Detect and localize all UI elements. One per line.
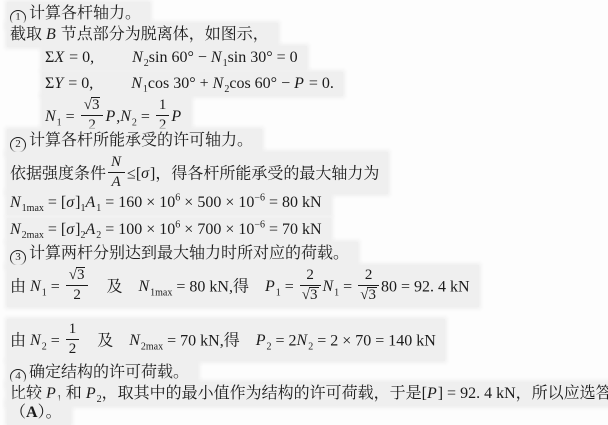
subscript: 2max — [22, 230, 44, 241]
text-run: cos 60° − — [229, 75, 294, 92]
radical-sign: √ — [69, 267, 76, 283]
math-variable: P — [105, 108, 116, 125]
numerator: 1 — [156, 97, 170, 116]
text-run: = 100 × 10 — [101, 221, 175, 238]
text-run: 及 — [106, 278, 122, 295]
text-run: cos 30° + — [148, 75, 213, 92]
radicand: 3 — [367, 287, 377, 304]
text-run: = — [62, 108, 79, 125]
text-run: ]，得各杆所能承受的最大轴力为 — [150, 165, 379, 182]
math-variable: N — [297, 332, 309, 349]
denominator: √3 — [358, 286, 379, 304]
text-run: sin 60° − — [149, 49, 211, 66]
text-run: 由 — [10, 332, 30, 349]
sqrt-radical: √3 — [360, 287, 377, 303]
text-run: 80 = 92. 4 kN — [381, 278, 470, 295]
radicand: 3 — [76, 267, 86, 284]
text-run: 截取 — [10, 26, 46, 43]
subscript: 1max — [150, 288, 172, 299]
text-run: = 70 kN,得 — [163, 332, 240, 349]
sqrt-radical: √3 — [69, 267, 86, 283]
eq-n2max: N2max = [σ]2A2 = 100 × 106 × 700 × 10−6 … — [7, 218, 331, 242]
math-variable: A — [85, 194, 96, 211]
text-run: 计算两杆分别达到最大轴力时所对应的荷载。 — [29, 245, 349, 262]
text-run: 比较 — [10, 385, 46, 402]
fraction: √32 — [66, 267, 89, 305]
text-run: 确定结构的许可荷载。 — [29, 364, 189, 381]
math-variable: A — [111, 174, 121, 190]
numerator: 1 — [66, 321, 80, 340]
text-run: 2 — [73, 287, 81, 303]
math-variable: P — [294, 75, 305, 92]
text-run: = 70 kN — [265, 221, 322, 238]
subscript: 1max — [22, 203, 44, 214]
text-run: = — [47, 278, 64, 295]
math-variable: A — [85, 221, 96, 238]
text-run: ] = 92. 4 kN，所以应选答案 — [438, 385, 608, 402]
text-run: = 0. — [305, 75, 334, 92]
sqrt-radical: √3 — [84, 97, 101, 113]
text-run: = [ — [44, 194, 66, 211]
text-run: = — [137, 108, 154, 125]
text-run: ≤[ — [127, 165, 141, 182]
math-variable: P — [265, 278, 276, 295]
text-run: = 160 × 10 — [101, 194, 175, 211]
math-variable: N — [45, 108, 57, 125]
math-variable: P — [427, 385, 438, 402]
superscript: −6 — [254, 220, 265, 231]
text-run: （ — [10, 404, 26, 421]
text-run: 计算各杆所能承受的许可轴力。 — [29, 132, 253, 149]
text-run: 节点部分为脱离体，如图示， — [57, 26, 269, 43]
math-variable: N — [138, 278, 150, 295]
eq-p1: 由 N1 = √32及N1max = 80 kN,得P1 = 2√3N1 = 2… — [7, 265, 479, 307]
text-run: ）。 — [38, 404, 62, 421]
math-variable: N — [10, 194, 22, 211]
denominator: √3 — [300, 286, 321, 304]
math-variable: X — [54, 49, 65, 66]
numerator: √3 — [66, 267, 89, 286]
radicand: 3 — [309, 287, 319, 304]
numerator: N — [108, 154, 125, 173]
text-run: = — [339, 278, 356, 295]
text-run: Σ — [45, 49, 54, 66]
text-run: 和 — [62, 385, 86, 402]
text-run: = [ — [44, 221, 66, 238]
sqrt-radical: √3 — [302, 287, 319, 303]
text-run: = — [281, 278, 298, 295]
eq-sum-y: ΣY = 0,N1cos 30° + N2cos 60° − P = 0. — [42, 72, 343, 96]
fraction: 2√3 — [358, 267, 379, 305]
text-run: 1 — [159, 97, 167, 113]
numerator: 2 — [300, 267, 321, 286]
solution-page: 1计算各杆轴力。截取 B 节点部分为脱离体，如图示，ΣX = 0,N2sin 6… — [0, 0, 608, 425]
denominator: A — [108, 173, 125, 191]
math-variable: N — [30, 332, 42, 349]
text-run: Σ — [45, 75, 54, 92]
conclusion: 比较 P1 和 P2，取其中的最小值作为结构的许可荷载，于是[P] = 92. … — [7, 382, 608, 406]
text-run: 由 — [10, 278, 30, 295]
radical-sign: √ — [84, 97, 91, 113]
text-run: = 2 × 70 = 140 kN — [313, 332, 436, 349]
step1-description: 截取 B 节点部分为脱离体，如图示， — [7, 23, 278, 47]
text-run: 2 — [306, 267, 314, 283]
fraction: 2√3 — [300, 267, 321, 305]
text-run: × 700 × 10 — [180, 221, 254, 238]
math-variable: N — [213, 75, 225, 92]
text-run: 及 — [97, 332, 113, 349]
text-run: 1 — [69, 321, 77, 337]
text-run: ，取其中的最小值作为结构的许可荷载，于是[ — [102, 385, 427, 402]
radical-sign: √ — [360, 287, 367, 303]
strength-condition: 依据强度条件NA≤[σ]，得各杆所能承受的最大轴力为 — [7, 152, 388, 194]
text-run: 依据强度条件 — [10, 165, 106, 182]
text-run: 计算各杆轴力。 — [29, 5, 141, 22]
text-run: = 2 — [272, 332, 297, 349]
math-variable: σ — [66, 194, 75, 211]
text-run: = 0, — [65, 49, 94, 66]
numerator: √3 — [81, 97, 104, 116]
math-variable: N — [30, 278, 42, 295]
math-variable: N — [211, 49, 223, 66]
math-variable: N — [132, 49, 144, 66]
text-run: = — [47, 332, 64, 349]
eq-n1max: N1max = [σ]1A1 = 160 × 106 × 500 × 10−6 … — [7, 191, 331, 215]
math-variable: P — [46, 385, 57, 402]
text-run: sin 30° = 0 — [228, 49, 298, 66]
text-run: = 80 kN,得 — [172, 278, 249, 295]
math-variable: B — [46, 26, 57, 43]
math-variable: P — [171, 108, 182, 125]
math-variable: N — [131, 75, 143, 92]
radical-sign: √ — [302, 287, 309, 303]
text-run: = 80 kN — [265, 194, 322, 211]
math-variable: σ — [66, 221, 75, 238]
denominator: 2 — [66, 286, 89, 304]
step3-heading: 3计算两杆分别达到最大轴力时所对应的荷载。 — [7, 242, 358, 268]
math-variable: N — [10, 221, 22, 238]
numerator: 2 — [358, 267, 379, 286]
circled-number: 3 — [10, 250, 26, 266]
superscript: −6 — [254, 193, 265, 204]
math-variable: P — [256, 332, 267, 349]
math-variable: N — [120, 108, 132, 125]
math-variable: N — [111, 154, 122, 170]
math-variable: N — [323, 278, 335, 295]
text-run: × 500 × 10 — [180, 194, 254, 211]
math-variable: N — [129, 332, 141, 349]
fraction: NA — [108, 154, 125, 192]
math-variable: Y — [54, 75, 64, 92]
eq-sum-x: ΣX = 0,N2sin 60° − N1sin 30° = 0 — [42, 46, 307, 70]
fraction: 12 — [66, 321, 80, 359]
text-run: 2 — [365, 267, 373, 283]
text-run: = 0, — [64, 75, 93, 92]
radicand: 3 — [91, 97, 101, 114]
denominator: 2 — [66, 340, 80, 358]
subscript: 2max — [141, 342, 163, 353]
answer: （A）。 — [7, 401, 71, 425]
circled-number: 2 — [10, 137, 26, 153]
math-variable: P — [86, 385, 97, 402]
math-variable: σ — [141, 165, 150, 182]
bold-text: A — [26, 404, 38, 421]
step2-heading: 2计算各杆所能承受的许可轴力。 — [7, 129, 262, 155]
eq-p2: 由 N2 = 12及N2max = 70 kN,得P2 = 2N2 = 2 × … — [7, 319, 445, 361]
text-run: 2 — [69, 341, 77, 357]
